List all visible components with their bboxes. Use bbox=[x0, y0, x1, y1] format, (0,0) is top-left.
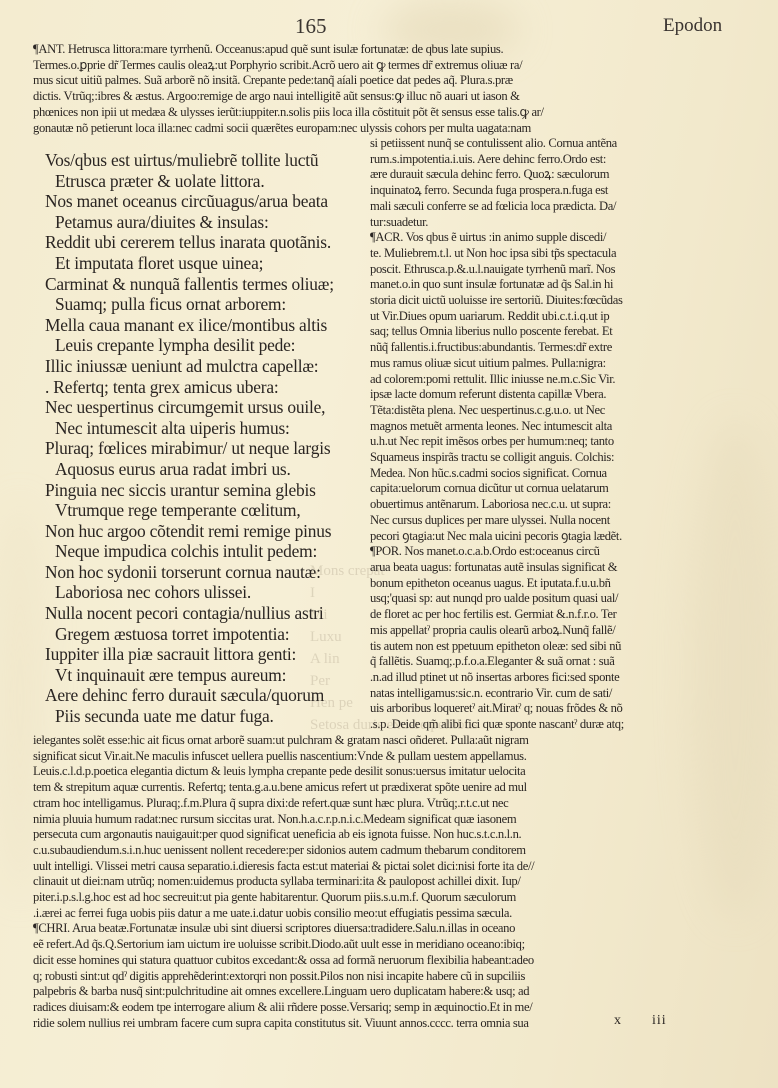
commentary-line: Tẽta:distẽta plena. Nec uespertinus.c.g.… bbox=[370, 403, 698, 419]
commentary-line: ipsæ lacte domum referunt distenta capil… bbox=[370, 387, 698, 403]
verse-line: Non huc argoo cõtendit remi remige pinus bbox=[45, 521, 365, 542]
verse-line: Vos/qbus est uirtus/muliebrẽ tollite luc… bbox=[45, 150, 365, 171]
commentary-line: ut Vir.Diues opum uariarum. Reddit ubi.c… bbox=[370, 309, 698, 325]
commentary-line: storia dicit uictũ uoluisse ire sertoriũ… bbox=[370, 293, 698, 309]
commentary-line: c.u.subaudiendum.s.i.n.huc uenissent nol… bbox=[33, 843, 698, 859]
verse-line: Suamq; pulla ficus ornat arborem: bbox=[45, 294, 365, 315]
commentary-line: Termes.o.ꝑprie dr̃ Termes caulis oleaꝝ:u… bbox=[33, 58, 698, 74]
commentary-line: magnos metuẽt armenta leones. Nec intume… bbox=[370, 419, 698, 435]
verse-line: Gregem æstuosa torret impotentia: bbox=[45, 624, 365, 645]
verse-line: Neque impudica colchis intulit pedem: bbox=[45, 541, 365, 562]
commentary-line: eẽ refert.Ad q̃s.Q.Sertorium iam uictum … bbox=[33, 937, 698, 953]
signature-numeral: iii bbox=[652, 1013, 667, 1029]
commentary-line: manet.o.in quo sunt insulæ fortunatæ ad … bbox=[370, 277, 698, 293]
commentary-line: nimia pluuia humum radat:nec rursum sicc… bbox=[33, 812, 698, 828]
signature-letter: x bbox=[614, 1013, 622, 1029]
verse-line: Vtrumque rege temperante cœlitum, bbox=[45, 500, 365, 521]
commentary-line: pecori ꝯtagia:ut Nec mala uicini pecoris… bbox=[370, 529, 698, 545]
commentary-line: .i.ærei ac ferrei fuga uobis piis datur … bbox=[33, 906, 698, 922]
verse-line: . Refertq; tenta grex amicus ubera: bbox=[45, 377, 365, 398]
commentary-line: persecuta cum argonautis nauigauit:per q… bbox=[33, 827, 698, 843]
commentary-line: de floret ac per hoc fertilis est. Germi… bbox=[370, 607, 698, 623]
verse-line: Petamus aura/diuites & insulas: bbox=[45, 212, 365, 233]
commentary-right: si petiissent nunq̃ se contulissent alio… bbox=[370, 136, 698, 733]
commentary-line: tis autem non est ppetuum epitheton oleæ… bbox=[370, 639, 698, 655]
commentary-line: u.h.ut Nec repit imẽsos orbes per humum:… bbox=[370, 434, 698, 450]
commentary-line: ad colorem:pomi rettulit. Illic iniusse … bbox=[370, 372, 698, 388]
commentary-line: saq; tellus Omnia liberius nullo poscent… bbox=[370, 324, 698, 340]
verse-line: Nec intumescit alta uiperis humus: bbox=[45, 418, 365, 439]
commentary-line: mis appellatˀ propria caulis olearũ arbo… bbox=[370, 623, 698, 639]
verse-line: Leuis crepante lympha desilit pede: bbox=[45, 335, 365, 356]
commentary-line: ielegantes solẽt esse:hic ait ficus orna… bbox=[33, 733, 698, 749]
commentary-line: radices diuisam:& eodem tpe interrogare … bbox=[33, 1000, 698, 1016]
verse-line: Reddit ubi cererem tellus inarata quotãn… bbox=[45, 232, 365, 253]
commentary-line: usq;'quasi sp: aut nunqd pro ualde posit… bbox=[370, 591, 698, 607]
verse-line: Etrusca præter & uolate littora. bbox=[45, 171, 365, 192]
commentary-line: ¶POR. Nos manet.o.c.a.b.Ordo est:oceanus… bbox=[370, 544, 698, 560]
commentary-line: si petiissent nunq̃ se contulissent alio… bbox=[370, 136, 698, 152]
commentary-line: inquinatoꝝ ferro. Secunda fuga prospera.… bbox=[370, 183, 698, 199]
verse-line: Aquosus eurus arua radat imbri us. bbox=[45, 459, 365, 480]
paper-stain bbox=[690, 420, 778, 920]
folio-number: 165 bbox=[295, 14, 327, 39]
verse-line: Pluraq; fœlices mirabimur/ ut neque larg… bbox=[45, 438, 365, 459]
verse-line: Non hoc sydonii torserunt cornua nautæ: bbox=[45, 562, 365, 583]
running-title: Epodon bbox=[663, 15, 722, 37]
commentary-line: rum.s.impotentia.i.uis. Aere dehinc ferr… bbox=[370, 152, 698, 168]
commentary-line: Leuis.c.l.d.p.poetica elegantia dictum &… bbox=[33, 764, 698, 780]
commentary-line: Medea. Non hũc.s.cadmi socios significat… bbox=[370, 466, 698, 482]
commentary-line: .n.ad illud ptinet ut nõ insertas arbore… bbox=[370, 670, 698, 686]
commentary-bottom: ielegantes solẽt esse:hic ait ficus orna… bbox=[33, 733, 698, 1031]
verse-column: Vos/qbus est uirtus/muliebrẽ tollite luc… bbox=[45, 150, 365, 727]
commentary-line: phœnices non ipii ut medæa & ulysses ier… bbox=[33, 105, 698, 121]
commentary-line: uis arboribus loqueretˀ ait.Miratˀ q; no… bbox=[370, 701, 698, 717]
commentary-line: mus ramus oliuæ sicut uitium palmes. Pul… bbox=[370, 356, 698, 372]
commentary-line: mus sicut uitiũ palmes. Suã arborẽ nõ in… bbox=[33, 73, 698, 89]
commentary-line: arua beata uagus: fortunatas autẽ insula… bbox=[370, 560, 698, 576]
verse-line: Piis secunda uate me datur fuga. bbox=[45, 706, 365, 727]
verse-line: Nulla nocent pecori contagia/nullius ast… bbox=[45, 603, 365, 624]
commentary-line: .s.p. Deide qm̃ alibi fici quæ sponte na… bbox=[370, 717, 698, 733]
verse-line: Et imputata floret usque uinea; bbox=[45, 253, 365, 274]
commentary-line: obuertimus antẽnarum. Laboriosa nec.c.u.… bbox=[370, 497, 698, 513]
commentary-line: ¶ANT. Hetrusca littora:mare tyrrhenũ. Oc… bbox=[33, 42, 698, 58]
commentary-line: uult intelligi. Vlissei metri causa sepa… bbox=[33, 859, 698, 875]
commentary-line: te. Muliebrem.t.l. ut Non hoc ipsa sibi … bbox=[370, 246, 698, 262]
commentary-line: ctram hoc intelligamus. Pluraq;.f.m.Plur… bbox=[33, 796, 698, 812]
commentary-line: q̃ fallẽtis. Suamq;.p.f.o.a.Eleganter & … bbox=[370, 654, 698, 670]
commentary-line: ¶CHRI. Arua beatæ.Fortunatæ insulæ ubi s… bbox=[33, 921, 698, 937]
commentary-line: mali sæculi conferre se ad fœlicia loca … bbox=[370, 199, 698, 215]
commentary-line: Nec cursus duplices per mare ulyssei. Nu… bbox=[370, 513, 698, 529]
commentary-line: bonum epitheton oceanus uagus. Et iputat… bbox=[370, 576, 698, 592]
commentary-line: q; robusti sint:ut qdˀ digitis apprehẽde… bbox=[33, 969, 698, 985]
verse-line: Carminat & nunquã fallentis termes oliuæ… bbox=[45, 274, 365, 295]
commentary-line: ære durauit sæcula dehinc ferro. Quoꝝ: s… bbox=[370, 167, 698, 183]
verse-line: Iuppiter illa piæ sacrauit littora genti… bbox=[45, 644, 365, 665]
verse-line: Nec uespertinus circumgemit ursus ouile, bbox=[45, 397, 365, 418]
commentary-line: tem & strepitum aquæ currentis. Refertq;… bbox=[33, 780, 698, 796]
verse-line: Aere dehinc ferro durauit sæcula/quorum bbox=[45, 685, 365, 706]
verse-line: Mella caua manant ex ilice/montibus alti… bbox=[45, 315, 365, 336]
commentary-line: capita:uelorum cornua dicũtur ut cornua … bbox=[370, 481, 698, 497]
verse-line: Pinguia nec siccis urantur semina glebis bbox=[45, 480, 365, 501]
commentary-line: nũq̃ fallentis.i.fructibus:abundantis. T… bbox=[370, 340, 698, 356]
commentary-line: dicit esse homines qui statura quattuor … bbox=[33, 953, 698, 969]
commentary-line: ¶ACR. Vos qbus ẽ uirtus :in animo supple… bbox=[370, 230, 698, 246]
commentary-line: poscit. Ethrusca.p.&.u.l.nauigate tyrrhe… bbox=[370, 262, 698, 278]
commentary-line: ridie solem nullius rei umbram facere cu… bbox=[33, 1016, 698, 1032]
verse-line: Nos manet oceanus circũuagus/arua beata bbox=[45, 191, 365, 212]
commentary-line: palpebris & barba nusq̃ sint:pulchritudi… bbox=[33, 984, 698, 1000]
commentary-line: natas intelligamus:sic.n. econtrario Vir… bbox=[370, 686, 698, 702]
commentary-top: ¶ANT. Hetrusca littora:mare tyrrhenũ. Oc… bbox=[33, 42, 698, 136]
commentary-line: gonautæ nõ petierunt loca illa:nec cadmi… bbox=[33, 121, 698, 137]
commentary-line: piter.i.p.s.l.g.hoc est ad hoc secreuit:… bbox=[33, 890, 698, 906]
verse-line: Illic iniussæ ueniunt ad mulctra capellæ… bbox=[45, 356, 365, 377]
commentary-line: dictis. Vtrũq;:ibres & æstus. Argoo:remi… bbox=[33, 89, 698, 105]
verse-line: Laboriosa nec cohors ulissei. bbox=[45, 582, 365, 603]
commentary-line: significat sicut Vir.ait.Ne maculis infu… bbox=[33, 749, 698, 765]
commentary-line: Squameus inspirãs tractu se colligit ang… bbox=[370, 450, 698, 466]
verse-line: Vt inquinauit ære tempus aureum: bbox=[45, 665, 365, 686]
commentary-line: clinauit ut diei:nam utrũq; nomen:uidemu… bbox=[33, 874, 698, 890]
commentary-line: tur:suadetur. bbox=[370, 215, 698, 231]
book-page: 165 Epodon Mons crepatIMiLuxuA linPerHen… bbox=[0, 0, 778, 1088]
